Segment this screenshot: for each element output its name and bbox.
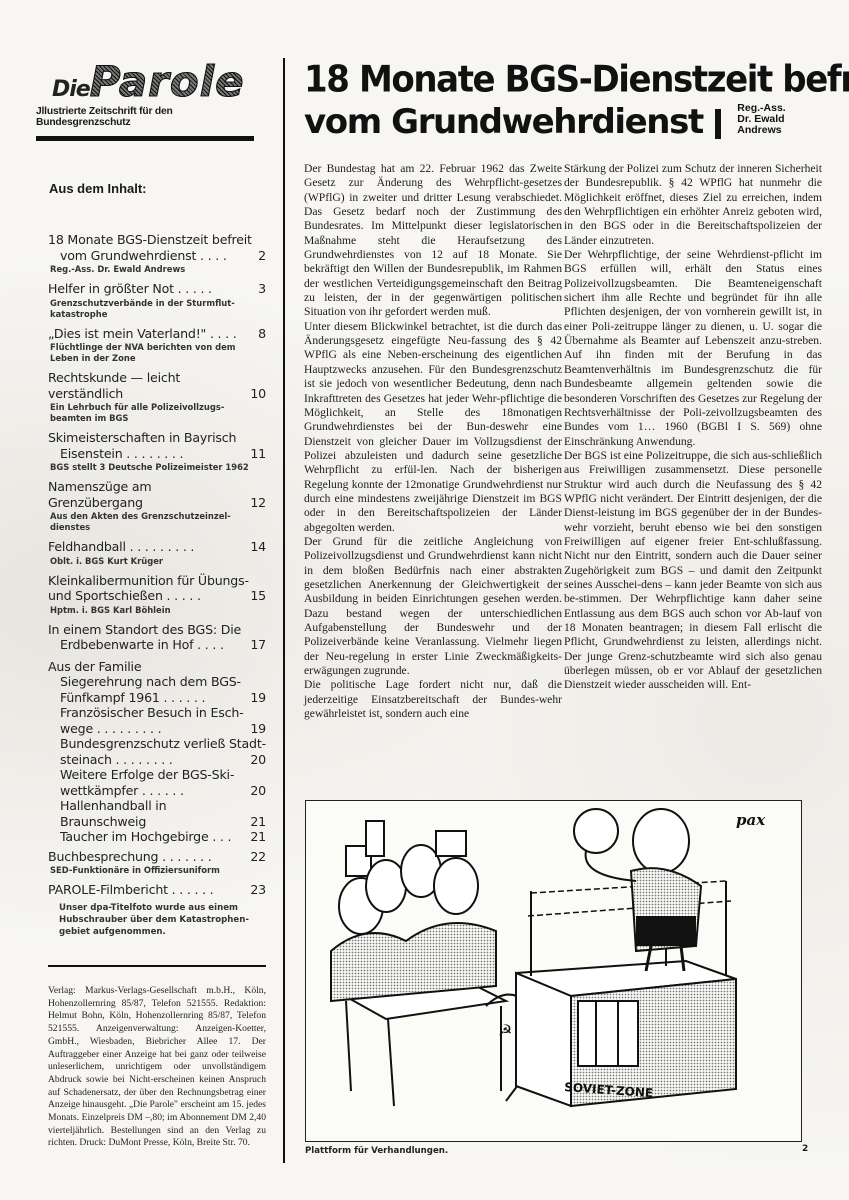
toc-page-number: 19	[246, 690, 266, 706]
toc-group-item[interactable]: Hallenhandball in Braunschweig21	[48, 798, 266, 829]
imprint: Verlag: Markus-Verlags-Gesellschaft m.b.…	[48, 985, 266, 1150]
toc-entry[interactable]: 18 Monate BGS-Dienstzeit befreit vom Gru…	[48, 232, 266, 275]
article-column-1: Der Bundestag hat am 22. Februar 1962 da…	[304, 162, 562, 721]
toc-entry-title: 18 Monate BGS-Dienstzeit befreit	[48, 232, 266, 248]
column-divider	[283, 58, 285, 1163]
logo: Die Parole	[36, 60, 264, 104]
toc-title: Aus dem Inhalt:	[49, 181, 147, 196]
byline: Reg.-Ass. Dr. Ewald Andrews	[737, 103, 824, 136]
toc-entry-title-cont: Fünfkampf 1961 . . . . . .	[60, 690, 246, 706]
logo-die: Die	[52, 77, 90, 102]
toc-page-number: 17	[246, 637, 266, 653]
toc-entry-title: PAROLE-Filmbericht . . . . . .	[48, 882, 246, 898]
toc-entry-title-cont: steinach . . . . . . . .	[60, 752, 246, 768]
toc-entry[interactable]: Kleinkalibermunition für Übungs- und Spo…	[48, 573, 266, 616]
logo-parole: Parole	[90, 60, 245, 104]
toc-entry-title: Rechtskunde — leicht verständlich	[48, 370, 246, 401]
page-number: 2	[802, 1144, 808, 1154]
toc-entry-title: Kleinkalibermunition für Übungs-	[48, 573, 266, 589]
political-cartoon: ☭ SOVIET-ZONE pax	[305, 800, 802, 1142]
toc-entry-subtitle: Hptm. i. BGS Karl Böhlein	[48, 605, 266, 616]
toc-entry-subtitle: SED-Funktionäre in Offiziersuniform	[48, 865, 266, 876]
toc-entry-title-cont: wege . . . . . . . . .	[60, 721, 246, 737]
toc-page-number: 8	[246, 326, 266, 342]
toc-page-number: 12	[246, 495, 266, 511]
toc-page-number: 10	[246, 386, 266, 402]
toc-entry-title: Taucher im Hochgebirge . . .	[60, 829, 246, 845]
toc-page-number: 2	[246, 248, 266, 264]
masthead: Die Parole Jllustrierte Zeitschrift für …	[36, 60, 264, 141]
toc-entry-title-cont: wettkämpfer . . . . . .	[60, 783, 246, 799]
toc-entry-title: Feldhandball . . . . . . . . .	[48, 539, 246, 555]
headline-bar	[715, 109, 721, 139]
toc-entry-subtitle: Grenzschutzverbände in der Sturmflut-kat…	[48, 298, 266, 320]
paragraph: Der Grund für die zeitliche Angleichung …	[304, 535, 562, 678]
toc-entry[interactable]: Helfer in größter Not . . . . .3 Grenzsc…	[48, 281, 266, 320]
toc-entry-title-cont: und Sportschießen . . . . .	[48, 588, 246, 604]
cartoon-caption: Plattform für Verhandlungen.	[305, 1146, 448, 1156]
toc-entry-title: „Dies ist mein Vaterland!" . . . .	[48, 326, 246, 342]
toc-entry-subtitle: Reg.-Ass. Dr. Ewald Andrews	[48, 264, 266, 275]
toc-page-number: 23	[246, 882, 266, 898]
toc-group-item[interactable]: Weitere Erfolge der BGS-Ski- wettkämpfer…	[48, 767, 266, 798]
toc-entry-subtitle: Aus den Akten des Grenzschutzeinzel-dien…	[48, 511, 266, 533]
toc-entry[interactable]: Buchbesprechung . . . . . . .22 SED-Funk…	[48, 849, 266, 877]
toc-group-item[interactable]: Französischer Besuch in Esch- wege . . .…	[48, 705, 266, 736]
toc-page-number: 3	[246, 281, 266, 297]
imprint-rule	[48, 965, 266, 967]
toc-entry-title-cont: Erdbebenwarte in Hof . . . .	[60, 637, 246, 653]
paragraph: Stärkung der Polizei zum Schutz der inne…	[564, 162, 822, 248]
toc-page-number: 22	[246, 849, 266, 865]
headline-line-1: 18 Monate BGS-Dienstzeit befreit	[304, 58, 824, 101]
toc-entry[interactable]: Skimeisterschaften in Bayrisch Eisenstei…	[48, 430, 266, 473]
toc-entry-subtitle: Flüchtlinge der NVA berichten von dem Le…	[48, 342, 266, 364]
toc-page-number: 19	[246, 721, 266, 737]
toc-entry[interactable]: Feldhandball . . . . . . . . .14 Oblt. i…	[48, 539, 266, 567]
byline-author: Dr. Ewald Andrews	[737, 113, 784, 136]
toc-page-number: 21	[246, 814, 266, 830]
toc-entry-title-cont: Eisenstein . . . . . . . .	[60, 446, 246, 462]
toc-entry-title-cont: vom Grundwehrdienst . . . .	[60, 248, 246, 264]
toc-entry-title: Hallenhandball in Braunschweig	[60, 798, 246, 829]
toc-entry-title: Bundesgrenzschutz verließ Stadt-	[60, 736, 266, 752]
paragraph: Der Wehrpflichtige, der seine Wehrdienst…	[564, 248, 822, 449]
toc-page-number: 20	[246, 752, 266, 768]
toc-entry-title: Helfer in größter Not . . . . .	[48, 281, 246, 297]
paragraph: Die politische Lage fordert nicht nur, d…	[304, 678, 562, 721]
toc-page-number: 21	[246, 829, 266, 845]
cartoon-illustration: ☭ SOVIET-ZONE pax	[306, 801, 801, 1141]
toc-entry[interactable]: Namenszüge am Grenzübergang12 Aus den Ak…	[48, 479, 266, 533]
toc-entry[interactable]: „Dies ist mein Vaterland!" . . . .8 Flüc…	[48, 326, 266, 365]
toc-group-item[interactable]: Siegerehrung nach dem BGS- Fünfkampf 196…	[48, 674, 266, 705]
masthead-rule	[36, 136, 254, 141]
paragraph: Unter diesem Blickwinkel betrachtet, ist…	[304, 320, 562, 535]
toc-entry-subtitle: Ein Lehrbuch für alle Polizeivollzugs-be…	[48, 402, 266, 424]
toc-page-number: 11	[246, 446, 266, 462]
toc-entry-title: Siegerehrung nach dem BGS-	[60, 674, 266, 690]
headline-line-2: vom Grundwehrdienst	[304, 102, 703, 142]
cartoonist-signature: pax	[736, 811, 766, 829]
toc-entry-title: Buchbesprechung . . . . . . .	[48, 849, 246, 865]
toc-page-number: 20	[246, 783, 266, 799]
toc-entry[interactable]: Rechtskunde — leicht verständlich10 Ein …	[48, 370, 266, 424]
toc-entry-title: In einem Standort des BGS: Die	[48, 622, 266, 638]
svg-text:☭: ☭	[498, 1021, 512, 1040]
toc-entry-subtitle: BGS stellt 3 Deutsche Polizeimeister 196…	[48, 462, 266, 473]
toc-entry-title: Skimeisterschaften in Bayrisch	[48, 430, 266, 446]
masthead-subtitle: Jllustrierte Zeitschrift für den Bundesg…	[36, 106, 264, 128]
paragraph: Der Bundestag hat am 22. Februar 1962 da…	[304, 162, 562, 320]
toc-group-title: Aus der Familie	[48, 659, 266, 675]
toc-entry-title: Namenszüge am Grenzübergang	[48, 479, 246, 510]
toc-entry[interactable]: PAROLE-Filmbericht . . . . . .23	[48, 882, 266, 898]
toc-page-number: 14	[246, 539, 266, 555]
toc-entry-title: Französischer Besuch in Esch-	[60, 705, 266, 721]
toc-entry[interactable]: In einem Standort des BGS: Die Erdbebenw…	[48, 622, 266, 653]
cover-photo-note: Unser dpa-Titelfoto wurde aus einem Hubs…	[59, 902, 264, 938]
toc-group-family: Aus der Familie Siegerehrung nach dem BG…	[48, 659, 266, 845]
table-of-contents: 18 Monate BGS-Dienstzeit befreit vom Gru…	[48, 232, 266, 904]
article-column-2: Stärkung der Polizei zum Schutz der inne…	[564, 162, 822, 693]
toc-entry-subtitle: Oblt. i. BGS Kurt Krüger	[48, 556, 266, 567]
toc-page-number: 15	[246, 588, 266, 604]
toc-group-item[interactable]: Taucher im Hochgebirge . . .21	[48, 829, 266, 845]
paragraph: Der BGS ist eine Polizeitruppe, die sich…	[564, 449, 822, 693]
toc-group-item[interactable]: Bundesgrenzschutz verließ Stadt- steinac…	[48, 736, 266, 767]
toc-entry-title: Weitere Erfolge der BGS-Ski-	[60, 767, 266, 783]
article-headline: 18 Monate BGS-Dienstzeit befreit vom Gru…	[304, 58, 824, 142]
